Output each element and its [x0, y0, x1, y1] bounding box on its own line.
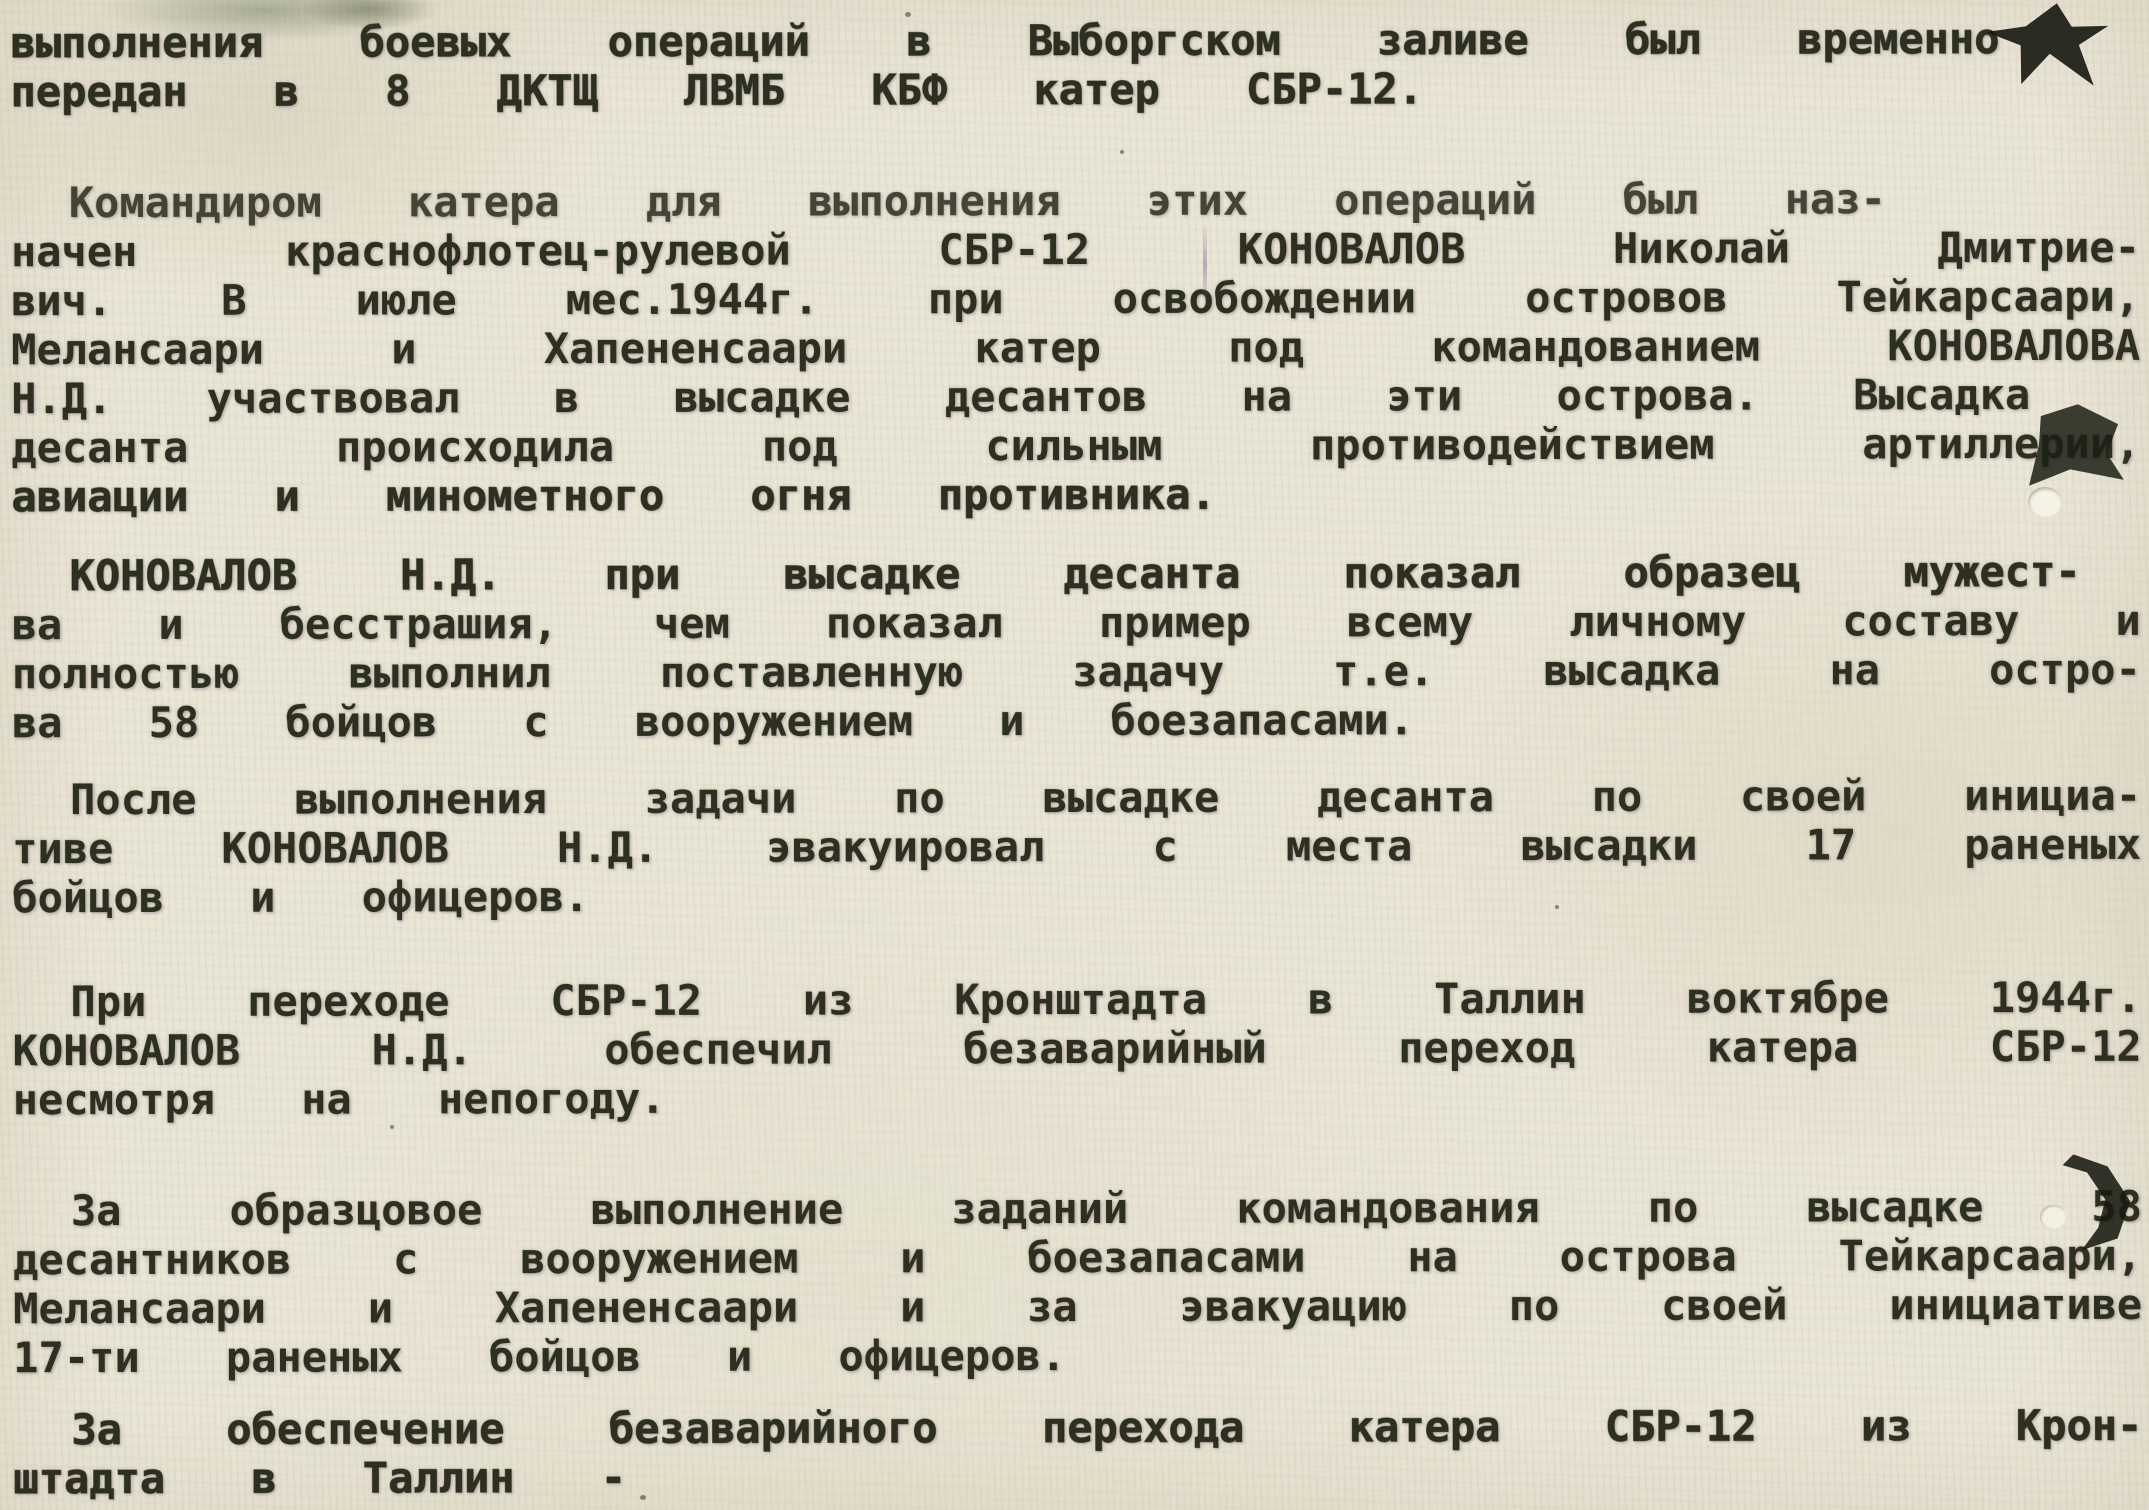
typewritten-line: ва 58 бойцов с вооружением и боезапасами…: [12, 694, 2141, 747]
typewritten-line: передан в 8 ДКТЩ ЛВМБ КБФ катер СБР-12.: [11, 63, 2140, 116]
typewritten-line: несмотря на непогоду.: [13, 1071, 2142, 1124]
document-text: выполнения боевых операций в Выборгском …: [0, 0, 2149, 1503]
typewritten-line: начен краснофлотец-рулевой СБР-12 КОНОВА…: [11, 223, 2140, 276]
typewritten-line: Н.Д. участвовал в высадке десантов на эт…: [11, 370, 2140, 423]
typewritten-line: авиации и минометного огня противника.: [11, 468, 2140, 521]
typewritten-line: Мелансаари и Хапененсаари катер под кома…: [11, 321, 2140, 374]
typewritten-line: десанта происходила под сильным противод…: [11, 419, 2140, 472]
typewritten-line: КОНОВАЛОВ Н.Д. при высадке десанта показ…: [12, 547, 2141, 600]
paragraph-5: При переходе СБР-12 из Кронштадта в Талл…: [12, 973, 2141, 1124]
typewritten-line: После выполнения задачи по высадке десан…: [12, 771, 2141, 824]
typewritten-line: Мелансаари и Хапененсаари и за эвакуацию…: [13, 1280, 2142, 1333]
typewritten-line: За образцовое выполнение заданий командо…: [13, 1182, 2142, 1235]
paragraph-6: За образцовое выполнение заданий командо…: [13, 1182, 2142, 1382]
typewritten-line: бойцов и офицеров.: [12, 869, 2141, 922]
typewritten-line: Командиром катера для выполнения этих оп…: [11, 174, 2140, 227]
typewritten-line: КОНОВАЛОВ Н.Д. обеспечил безаварийный пе…: [13, 1022, 2142, 1075]
typewritten-line: десантников с вооружением и боезапасами …: [13, 1231, 2142, 1284]
typewritten-line: При переходе СБР-12 из Кронштадта в Талл…: [12, 973, 2141, 1026]
typewritten-line: вич. В июле мес.1944г. при освобождении …: [11, 272, 2140, 325]
paragraph-7: За обеспечение безаварийного перехода ка…: [13, 1401, 2142, 1503]
typewritten-line: выполнения боевых операций в Выборгском …: [10, 14, 2139, 67]
typewritten-line: полностью выполнил поставленную задачу т…: [12, 645, 2141, 698]
paragraph-4: После выполнения задачи по высадке десан…: [12, 771, 2141, 922]
paragraph-2: Командиром катера для выполнения этих оп…: [11, 174, 2141, 521]
typewritten-line: 17-ти раненых бойцов и офицеров.: [13, 1329, 2142, 1382]
scanned-document-page: выполнения боевых операций в Выборгском …: [0, 0, 2149, 1510]
typewritten-line: штадта в Таллин -: [13, 1450, 2142, 1503]
typewritten-line: За обеспечение безаварийного перехода ка…: [13, 1401, 2142, 1454]
paragraph-3: КОНОВАЛОВ Н.Д. при высадке десанта показ…: [12, 547, 2141, 747]
typewritten-line: тиве КОНОВАЛОВ Н.Д. эвакуировал с места …: [12, 820, 2141, 873]
paragraph-1: выполнения боевых операций в Выборгском …: [10, 14, 2139, 116]
typewritten-line: ва и бесстрашия, чем показал пример всем…: [12, 596, 2141, 649]
